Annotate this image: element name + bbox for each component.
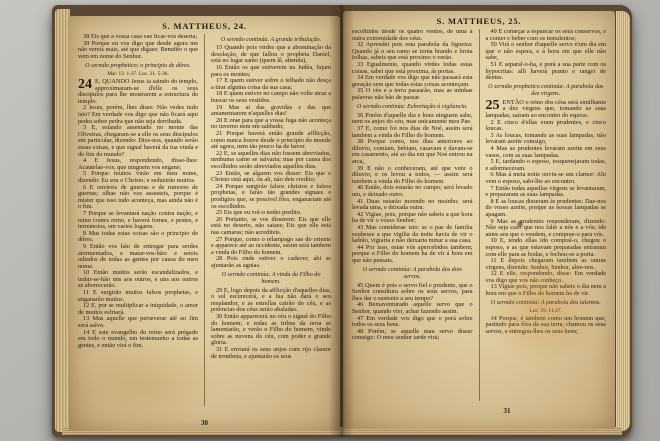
verse: 2 Jesus, porém, lhes disse: Não vedes tu… (78, 105, 198, 125)
right-page-header: S. MATTHEUS, 25. (343, 11, 615, 29)
left-page-column-2: O sermão continúa. A grande tribulação.1… (204, 34, 331, 406)
verse: 43 Mas considerae isto: se o pae de fami… (352, 225, 473, 245)
section-heading: O sermão continúa. A grande tribulação. (213, 37, 329, 44)
verse: 31 E enviará os seus anjos com rijo clam… (211, 347, 331, 360)
verse: 42 Vigiae, pois, porque não sabeis a que… (352, 212, 473, 225)
verse: 32 Aprendei pois esta parabola da figuei… (352, 42, 473, 62)
verse: 38 Porque como, nos dias anteriores ao d… (352, 139, 473, 165)
right-page-column-2: 49 E começar a espancar os seus conservo… (479, 29, 607, 401)
verse: 21 Porque haverá então grande afflicção,… (211, 131, 331, 151)
left-page-number: 30 (69, 419, 340, 427)
verse: 26 Portanto, se vos disserem: Eis que el… (211, 217, 331, 237)
book-left-page-edges (55, 9, 70, 432)
right-page-text-area: escolhidos desde os quatro ventos, de um… (343, 29, 615, 401)
chapter-number: 24 (78, 79, 92, 91)
verse: 22 E, se aquelles dias não fossem abrevi… (211, 151, 331, 171)
verse: 24 Porque surgirão falsos christos e fal… (211, 184, 331, 210)
cross-reference: Mar. 13. 1-37. Luc. 21. 5-36. (78, 72, 198, 78)
verse: 7 Então todas aquellas virgens se levant… (486, 186, 607, 199)
verse: 3 E, estando assentado no monte das Oliv… (78, 125, 198, 158)
right-page: S. MATTHEUS, 25. escolhidos desde os qua… (343, 11, 615, 429)
verse: 6 Mas á meia noite ouviu-se um clamor: A… (486, 172, 607, 185)
left-page-column-1: 38 Eis que a vossa casa vae ficar-vos de… (78, 34, 198, 406)
verse: 14 E este evangelho do reino será prégad… (78, 330, 198, 350)
section-heading: O sermão continúa: A parabola dos dois s… (354, 267, 471, 281)
verse: 39 Porque eu vos digo que desde agora me… (78, 41, 198, 61)
verse: 13 Mas aquelle que perseverar até ao fim… (78, 316, 198, 329)
ink-spot (517, 221, 523, 227)
chapter-start: 25ENTÃO o reino dos céus será similhante… (486, 100, 607, 120)
verse: 45 Quem é pois o servo fiel e prudente, … (352, 283, 473, 303)
left-page-text-area: 38 Eis que a vossa casa vae ficar-vos de… (69, 34, 340, 406)
verse: 27 Porque, como o relampago sae do orien… (211, 237, 331, 257)
verse: 35 O céu e a terra passarão, mas as minh… (352, 88, 473, 101)
verse: 29 E, logo depois da afflicção d'aquelle… (211, 288, 331, 314)
chapter-start: 24E, QUANDO Jesus ia saindo do templo, a… (78, 79, 198, 105)
verse: 8 Mas todas estas coisas são o principio… (78, 231, 198, 244)
book-fore-edge (616, 11, 630, 431)
verse: 39 E não o conheceram, até que veiu o di… (352, 166, 473, 186)
verse: 9 Mas as prudentes responderam, dizendo:… (486, 219, 607, 239)
verse: 51 E separal-o-ha, e porá a sua parte co… (486, 62, 607, 82)
verse: 14 Porque, é tambem como um homem que, p… (486, 316, 607, 336)
photo-background: S. MATTHEUS, 24. 38 Eis que a vossa casa… (0, 0, 660, 441)
verse: 40 Então, dois estarão no campo; será le… (352, 185, 473, 198)
verse: 10 E, tendo ellas ido compral-o, chegou … (486, 238, 607, 258)
verse: 28 Pois onde estiver o cadaver, ahi se a… (211, 256, 331, 269)
verse: 44 Por isso, estae vós apercebidos tambe… (352, 245, 473, 265)
section-heading: O sermão prophetico continúa: A parabola… (488, 84, 605, 98)
section-heading: O sermão continúa: Exhortação á vigilanc… (354, 104, 471, 111)
verse: 2 E cinco d'ellas eram prudentes, e cinc… (486, 120, 607, 133)
verse: 41 Duas estarão moendo no moinho; será l… (352, 199, 473, 212)
verse: 6 E ouvireis de guerras e de rumores de … (78, 185, 198, 211)
verse: 46 Bemaventurado aquelle servo que o Sen… (352, 302, 473, 315)
verse: 10 Então muitos serão escandalizados, e … (78, 270, 198, 290)
right-page-number: 31 (371, 407, 643, 415)
right-page-column-1: escolhidos desde os quatro ventos, de um… (352, 29, 473, 401)
section-heading: O sermão continúa; A vinda do Filho do h… (213, 272, 329, 286)
verse: 19 Mas ai das gravidas e das que amament… (211, 105, 331, 118)
verse: 23 Então, se alguem vos disser: Eis que … (211, 171, 331, 184)
section-heading: O sermão prophetico; o principio de dôre… (80, 63, 196, 70)
verse: 15 Quando pois virdes que a abominação d… (211, 45, 331, 65)
verse: 13 Vigiae pois, porque não sabeis o dia … (486, 284, 607, 297)
verse: 47 Em verdade vos digo que o porá sobre … (352, 316, 473, 329)
verse: 48 Porém, se aquelle mau servo disser co… (352, 329, 473, 342)
verse: 50 Virá o senhor d'aquelle servo n'um di… (486, 42, 607, 62)
open-book: S. MATTHEUS, 24. 38 Eis que a vossa casa… (52, 5, 632, 437)
verse: 5 Porque muitos virão em meu nome, dizen… (78, 171, 198, 184)
verse: 8 E as loucas disseram ás prudentes: Dae… (486, 199, 607, 219)
cross-reference: Luc. 19. 11-27. (486, 309, 607, 315)
left-page: S. MATTHEUS, 24. 38 Eis que a vossa casa… (69, 16, 340, 431)
section-heading: O sermão continúa: A parabola dos talent… (488, 300, 605, 307)
verse: 18 E quem estiver no campo não volte atr… (211, 91, 331, 104)
chapter-number: 25 (486, 100, 500, 112)
verse: 9 Então vos hão de entregar para serdes … (78, 244, 198, 270)
verse: 30 Então apparecerá no céu o signal do F… (211, 314, 331, 347)
left-page-header: S. MATTHEUS, 24. (69, 16, 340, 34)
verse: 7 Porque se levantará nação contra nação… (78, 211, 198, 231)
